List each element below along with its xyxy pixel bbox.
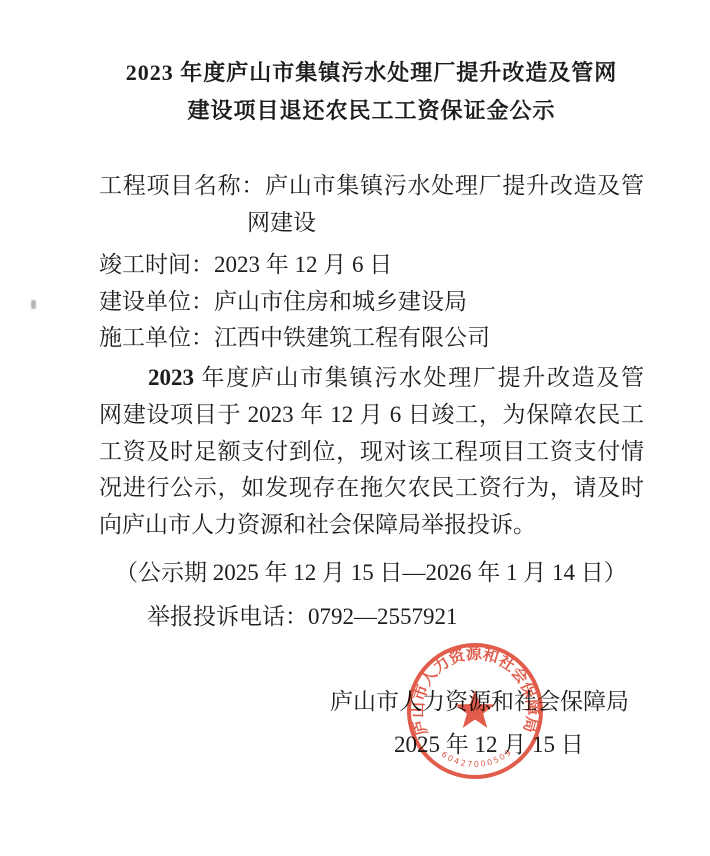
body-paragraph-line-1-text: 年度庐山市集镇污水处理厂提升改造及管 (194, 365, 644, 390)
body-paragraph-line-1: 2023 年度庐山市集镇污水处理厂提升改造及管 (148, 359, 644, 397)
body-paragraph-line-5: 向庐山市人力资源和社会保障局举报投诉。 (99, 506, 536, 544)
body-paragraph-line-3: 工资及时足额支付到位，现对该工程项目工资支付情 (99, 433, 644, 471)
notice-period-line: （公示期 2025 年 12 月 15 日—2026 年 1 月 14 日） (115, 554, 627, 592)
construction-unit-line: 建设单位：庐山市住房和城乡建设局 (99, 283, 467, 321)
project-name-line-2: 网建设 (247, 204, 316, 242)
scan-speck-artifact (31, 300, 36, 309)
body-paragraph-year: 2023 (148, 365, 194, 390)
document-page: 2023 年度庐山市集镇污水处理厂提升改造及管网 建设项目退还农民工工资保证金公… (0, 0, 710, 856)
body-paragraph-line-4: 况进行公示，如发现存在拖欠农民工资行为，请及时 (99, 469, 644, 507)
signature-date: 2025 年 12 月 15 日 (394, 726, 584, 764)
completion-date-line: 竣工时间：2023 年 12 月 6 日 (99, 246, 392, 284)
signature-org: 庐山市人力资源和社会保障局 (330, 683, 629, 721)
project-name-line-1: 工程项目名称：庐山市集镇污水处理厂提升改造及管 (99, 167, 644, 205)
hotline-line: 举报投诉电话：0792—2557921 (147, 598, 458, 636)
contractor-line: 施工单位：江西中铁建筑工程有限公司 (99, 319, 490, 357)
body-paragraph-line-2: 网建设项目于 2023 年 12 月 6 日竣工，为保障农民工 (99, 396, 644, 434)
title-line-2: 建设项目退还农民工工资保证金公示 (99, 92, 644, 130)
title-line-1: 2023 年度庐山市集镇污水处理厂提升改造及管网 (99, 54, 644, 92)
